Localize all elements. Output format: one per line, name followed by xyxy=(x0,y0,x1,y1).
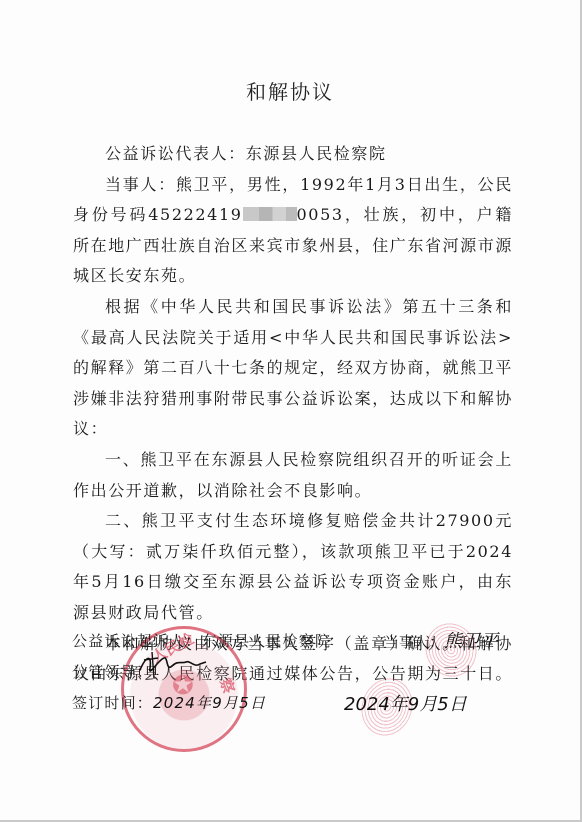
id-number-prefix: 45222419 xyxy=(148,205,242,224)
party-label: 当事人： xyxy=(384,633,444,651)
document-page: 和解协议 公益诉讼代表人：东源县人民检察院 当事人：熊卫平，男性，1992年1月… xyxy=(0,0,582,822)
id-redaction-block xyxy=(243,207,297,221)
document-title: 和解协议 xyxy=(0,76,580,105)
sign-date-label: 签订时间： xyxy=(72,694,153,712)
sign-date-line: 签订时间：2024年9月5日 xyxy=(72,688,331,719)
party-date-line: 2024年9月5日 xyxy=(344,689,498,721)
sign-date-handwritten: 2024年9月5日 xyxy=(153,694,266,712)
party-sign-line: 当事人：熊卫平 xyxy=(384,626,498,658)
party-handwritten-name: 熊卫平 xyxy=(444,631,498,652)
party-date-handwritten: 2024年9月5日 xyxy=(344,694,467,715)
spacer xyxy=(384,658,498,689)
paragraph-party: 当事人：熊卫平，男性，1992年1月3日出生，公民身份号码45222419005… xyxy=(73,170,513,292)
leader-signature-icon xyxy=(138,650,208,680)
document-body: 公益诉讼代表人：东源县人民检察院 当事人：熊卫平，男性，1992年1月3日出生，… xyxy=(73,139,513,690)
paragraph-clause-1: 一、熊卫平在东源县人民检察院组织召开的听证会上作出公开道歉，以消除社会不良影响。 xyxy=(73,445,513,506)
plaintiff-label: 公益诉讼起诉人： xyxy=(72,632,202,650)
id-number-suffix: 0053 xyxy=(297,205,344,224)
party-signature-block: 当事人：熊卫平 2024年9月5日 xyxy=(384,626,498,721)
paragraph-legal-basis: 根据《中华人民共和国民事诉讼法》第五十三条和《最高人民法院关于适用<中华人民共和… xyxy=(73,292,513,445)
paragraph-clause-2: 二、熊卫平支付生态环境修复赔偿金共计27900元（大写：贰万柒仟玖佰元整），该款… xyxy=(73,506,513,628)
plaintiff-value: 东源县人民检察院 xyxy=(202,632,332,650)
paragraph-representative: 公益诉讼代表人：东源县人民检察院 xyxy=(73,139,513,170)
